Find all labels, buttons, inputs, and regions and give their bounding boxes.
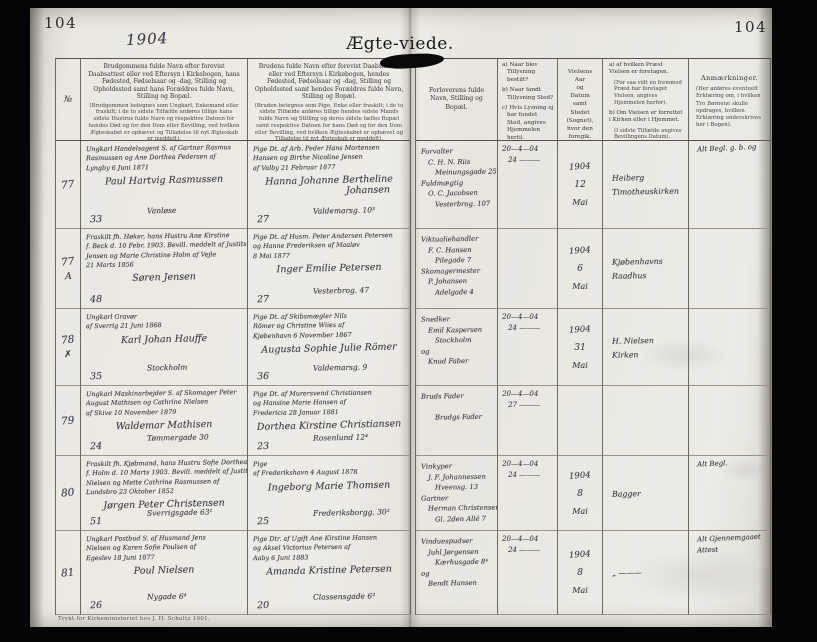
page-number-left: 104 bbox=[44, 14, 77, 32]
witness-cell: VinkyperJ. F. JohannessenHveensg. 13Gart… bbox=[416, 456, 498, 531]
row-number-cell: 77 bbox=[56, 141, 81, 229]
address-line: Nygade 6⁴ bbox=[147, 592, 187, 602]
column-header-bride: Brudens fulde Navn efter forevist Daabsa… bbox=[248, 59, 411, 141]
entry-line: Lyngby 6 Juni 1871 bbox=[86, 161, 247, 173]
age-number: 25 bbox=[257, 516, 269, 527]
header-text: b) Naar fandt Tillysning Sted? bbox=[507, 87, 554, 102]
header-text: Vielsens Aar og Datum samt Stedet (Sogne… bbox=[558, 59, 602, 141]
address-line: Sverrigsgade 63¹ bbox=[147, 507, 213, 517]
entry-line: af Valby 21 Februar 1877 bbox=[253, 161, 410, 172]
remark-line: Alt Begl. g. b. og bbox=[697, 142, 766, 155]
address-line: Valdemarsg. 10³ bbox=[313, 205, 375, 215]
person-name: Waldemar Mathisen bbox=[81, 418, 247, 433]
witness-cell: VinduespudserJuhl JørgensenKærhusgade 8⁴… bbox=[416, 531, 498, 615]
person-name: Paul Hartvig Rasmussen bbox=[81, 173, 247, 188]
address-line: Stockholm bbox=[147, 363, 187, 373]
row-number-mark: A bbox=[64, 270, 72, 281]
witness-cell: ForvalterC. H. N. RiisMeinungsgade 25Ful… bbox=[416, 141, 498, 229]
priest-line: Heiberg bbox=[612, 172, 688, 182]
witness-line: Bendt Hansen bbox=[428, 578, 497, 590]
entry-line: af Frederikshavn 4 August 1878 bbox=[253, 467, 410, 478]
groom-entry-cell: Fraskilt fh. Høker, hans Hustru Ane Kirs… bbox=[81, 229, 248, 309]
priest-line: „ ——— bbox=[612, 567, 688, 577]
banns-line: 24 ——— bbox=[508, 155, 557, 166]
wedding-month: Mai bbox=[572, 282, 588, 291]
person-name: Johansen bbox=[248, 184, 390, 198]
age-number: 27 bbox=[257, 294, 269, 305]
header-text: Anmærkninger. bbox=[689, 74, 770, 82]
person-name: Søren Jensen bbox=[81, 270, 247, 285]
remarks-cell: Alt Begl. g. b. og bbox=[689, 141, 771, 229]
remarks-cell: Alt GjennemgaaetAttest bbox=[689, 531, 771, 615]
priest-cell: H. NielsenKirken bbox=[603, 309, 689, 386]
bride-entry-cell: Pige Dt. af Arb. Peder Hans MortensenHan… bbox=[248, 141, 411, 229]
header-text: Brudgommens fulde Navn efter forevist Da… bbox=[86, 63, 242, 101]
remarks-cell: Alt Begl. bbox=[689, 456, 771, 531]
entry-line: Aaby 6 Juni 1883 bbox=[253, 551, 410, 562]
witness-line: Meinungsgade 25 bbox=[435, 167, 497, 179]
priest-cell: „ ——— bbox=[603, 531, 689, 615]
age-number: 48 bbox=[90, 294, 102, 305]
banns-line: 24 ——— bbox=[508, 545, 557, 556]
banns-cell: 20—4—0424 ——— bbox=[498, 456, 558, 531]
witness-line: Kærhusgade 8⁴ bbox=[435, 557, 497, 569]
entry-line: Lundsbro 23 Oktober 1852 bbox=[86, 486, 247, 498]
column-header-no: № bbox=[56, 59, 81, 141]
witness-line: Viktualiehandler bbox=[421, 233, 497, 245]
register-title: Ægte-viede. bbox=[310, 34, 490, 54]
wedding-month: Mai bbox=[572, 586, 588, 595]
banns-line: 27 ——— bbox=[508, 400, 557, 411]
address-line: Frederiksborgg. 30³ bbox=[313, 507, 390, 518]
column-header-priest: a) af hvilken Præst Vielsen er foretagen… bbox=[603, 59, 689, 141]
groom-entry-cell: Fraskilt fh. Kjøbmand, hans Hustru Sofie… bbox=[81, 456, 248, 531]
wedding-year: 1904 bbox=[569, 245, 591, 256]
scan-background: 104 104 1904 Ægte-viede. № Brudgommens f… bbox=[0, 0, 817, 642]
row-number-cell: 80 bbox=[56, 456, 81, 531]
person-name: Karl Johan Hauffe bbox=[81, 332, 247, 347]
banns-line: 24 ——— bbox=[508, 470, 557, 481]
age-number: 23 bbox=[257, 441, 269, 452]
witness-line: Vesterbrog. 107 bbox=[435, 198, 497, 210]
banns-cell: 20—4—0424 ——— bbox=[498, 309, 558, 386]
column-header-remarks: Anmærkninger. (Her anføres eventuelt Erk… bbox=[689, 59, 771, 141]
wedding-date-cell: 19046Mai bbox=[558, 229, 603, 309]
witness-line: Brudgs Fader bbox=[435, 411, 497, 423]
witness-line: Pilegade 7 bbox=[435, 255, 497, 267]
witness-line: P. Johansen bbox=[428, 276, 497, 288]
age-number: 33 bbox=[90, 214, 102, 225]
wedding-month: Mai bbox=[572, 198, 588, 207]
binding-shadow-left bbox=[30, 8, 44, 627]
age-number: 35 bbox=[90, 371, 102, 382]
no-symbol: № bbox=[64, 95, 73, 105]
witness-line: Stockholm bbox=[435, 335, 497, 347]
wedding-date-cell: 190431Mai bbox=[558, 309, 603, 386]
banns-cell bbox=[498, 229, 558, 309]
bride-entry-cell: Pige Dt. af Husm. Peter Andersen Peterse… bbox=[248, 229, 411, 309]
address-line: Vesterbrog. 47 bbox=[313, 285, 369, 295]
entry-line: Fredericia 28 Januar 1881 bbox=[253, 406, 410, 417]
priest-cell: Bagger bbox=[603, 456, 689, 531]
address-line: Valdemarsg. 9 bbox=[313, 362, 367, 372]
header-text: Forloverens fulde Navn, Stilling og Bopæ… bbox=[423, 87, 490, 112]
entry-line: Egeslev 18 Juni 1877 bbox=[86, 551, 247, 563]
column-header-groom: Brudgommens fulde Navn efter forevist Da… bbox=[81, 59, 248, 141]
priest-cell: KjøbenhavnsRaadhus bbox=[603, 229, 689, 309]
age-number: 24 bbox=[90, 441, 102, 452]
header-text: c) Hvis Lysning ej har fundet Sted, angi… bbox=[507, 105, 554, 141]
entry-line: Kjøbenhavn 6 November 1867 bbox=[253, 329, 410, 340]
remark-line: Attest bbox=[697, 542, 766, 555]
witness-cell: SnedkerEmil KaspersenStockholmogKnud Fab… bbox=[416, 309, 498, 386]
priest-line: Raadhus bbox=[612, 270, 688, 280]
bride-entry-cell: Pige Dt. af Skibsmægler NilsRömer og Chr… bbox=[248, 309, 411, 386]
groom-entry-cell: Ungkarl Handelsagent S. af Gartner Rasmu… bbox=[81, 141, 248, 229]
person-name: Augusta Sophie Julie Römer bbox=[248, 341, 410, 356]
wedding-day: 8 bbox=[577, 568, 583, 578]
header-text: a) af hvilken Præst Vielsen er foretagen… bbox=[609, 62, 684, 77]
header-note: (For saa vidt en fremmed Præst har foret… bbox=[614, 80, 684, 108]
witness-line: Herman Christensen bbox=[428, 503, 497, 515]
wedding-year: 1904 bbox=[569, 324, 591, 335]
address-line: Classensgade 6³ bbox=[313, 591, 375, 601]
person-name: Amanda Kristine Petersen bbox=[248, 563, 410, 578]
witness-line bbox=[428, 401, 497, 412]
marriage-table-right: Forloverens fulde Navn, Stilling og Bopæ… bbox=[415, 58, 771, 615]
register-spread: 104 104 1904 Ægte-viede. № Brudgommens f… bbox=[30, 8, 772, 627]
row-number: 77 bbox=[61, 178, 76, 191]
row-number-mark: ✗ bbox=[64, 349, 73, 361]
person-name: Ingeborg Marie Thomsen bbox=[248, 479, 410, 494]
bride-entry-cell: Pige Dtr. af Ugift Ane Kirstine Hansenog… bbox=[248, 531, 411, 615]
row-number-cell: 77A bbox=[56, 229, 81, 309]
witness-line: Knud Faber bbox=[428, 356, 497, 368]
person-name: Poul Nielsen bbox=[81, 563, 247, 578]
address-line: Vanløse bbox=[147, 206, 176, 216]
wedding-date-cell bbox=[558, 386, 603, 456]
priest-line: Kjøbenhavns bbox=[612, 256, 688, 266]
witness-line: Adelgade 4 bbox=[435, 286, 497, 298]
row-number-cell: 79 bbox=[56, 386, 81, 456]
header-text: Brudens fulde Navn efter forevist Daabsa… bbox=[253, 63, 405, 101]
groom-entry-cell: Ungkarl Gravøraf Sverrig 21 Juni 1868Kar… bbox=[81, 309, 248, 386]
banns-cell: 20—4—0424 ——— bbox=[498, 531, 558, 615]
address-line: Tømmergade 30 bbox=[147, 432, 209, 442]
person-name: Inger Emilie Petersen bbox=[248, 261, 410, 276]
row-number-cell: 81 bbox=[56, 531, 81, 615]
banns-line: 20—4—04 bbox=[502, 312, 557, 323]
witness-line: Vinduespudser bbox=[421, 535, 497, 547]
year-annotation: 1904 bbox=[126, 29, 169, 49]
printer-imprint: Trykt for Kirkeministeriet hos J. H. Sch… bbox=[58, 616, 210, 622]
witness-line: Hveensg. 13 bbox=[435, 482, 497, 494]
bride-entry-cell: Pige Dt. af Murersvend Christiansenog Ha… bbox=[248, 386, 411, 456]
entry-line: af Skive 10 November 1879 bbox=[86, 406, 247, 418]
wedding-date-cell: 19048Mai bbox=[558, 531, 603, 615]
witness-line: Gl. 2den Allé 7 bbox=[435, 513, 497, 525]
witness-line: Vinkyper bbox=[421, 460, 497, 472]
header-note: (Bruden betegnes som Pige, Enke eller fr… bbox=[254, 103, 404, 142]
row-number: 80 bbox=[61, 486, 76, 499]
priest-line: Kirken bbox=[612, 349, 688, 359]
banns-line: 20—4—04 bbox=[502, 389, 557, 400]
priest-line: H. Nielsen bbox=[612, 335, 688, 345]
banns-cell: 20—4—0424 ——— bbox=[498, 141, 558, 229]
remark-line: Alt Begl. bbox=[697, 457, 766, 470]
remarks-cell bbox=[689, 229, 771, 309]
wedding-date-cell: 190412Mai bbox=[558, 141, 603, 229]
witness-cell: ViktualiehandlerF. C. HansenPilegade 7Sk… bbox=[416, 229, 498, 309]
wedding-year: 1904 bbox=[569, 470, 591, 481]
banns-line: 20—4—04 bbox=[502, 534, 557, 545]
header-text: a) Naar blev Tillysning bestilt? bbox=[507, 62, 554, 84]
wedding-day: 6 bbox=[577, 264, 583, 274]
header-note: (Her anføres eventuelt Erklæring om, i h… bbox=[696, 86, 763, 130]
row-number: 81 bbox=[61, 566, 76, 579]
priest-line: Timotheuskirken bbox=[612, 186, 688, 196]
banns-cell: 20—4—0427 ——— bbox=[498, 386, 558, 456]
witness-line: Bruds Fader bbox=[421, 390, 497, 402]
priest-cell bbox=[603, 386, 689, 456]
column-header-witness: Forloverens fulde Navn, Stilling og Bopæ… bbox=[416, 59, 498, 141]
bride-entry-cell: Pigeaf Frederikshavn 4 August 1878Ingebo… bbox=[248, 456, 411, 531]
banns-line: 24 ——— bbox=[508, 323, 557, 334]
remarks-cell bbox=[689, 386, 771, 456]
wedding-date-cell: 19048Mai bbox=[558, 456, 603, 531]
column-header-banns: a) Naar blev Tillysning bestilt? b) Naar… bbox=[498, 59, 558, 141]
groom-entry-cell: Ungkarl Postbud S. af Husmand JensNielse… bbox=[81, 531, 248, 615]
witness-line: Snedker bbox=[421, 313, 497, 325]
wedding-month: Mai bbox=[572, 507, 588, 516]
banns-line: 20—4—04 bbox=[502, 459, 557, 470]
age-number: 20 bbox=[257, 600, 269, 611]
person-name: Dorthea Kirstine Christiansen bbox=[248, 418, 410, 433]
age-number: 27 bbox=[257, 214, 269, 225]
row-number: 77 bbox=[61, 255, 76, 268]
witness-cell: Bruds FaderBrudgs Fader bbox=[416, 386, 498, 456]
groom-entry-cell: Ungkarl Maskinarbejder S. af Skomager Pe… bbox=[81, 386, 248, 456]
wedding-day: 31 bbox=[574, 343, 585, 353]
age-number: 51 bbox=[90, 516, 102, 527]
priest-line: Bagger bbox=[612, 488, 688, 498]
witness-line: Forvalter bbox=[421, 145, 497, 157]
banns-line: 20—4—04 bbox=[502, 144, 557, 155]
header-note: (Brudgommen betegnes som Ungkarl, Enkema… bbox=[87, 103, 241, 142]
wedding-year: 1904 bbox=[569, 549, 591, 560]
address-line: Rosenlund 12⁴ bbox=[313, 432, 368, 442]
header-note: (I sidste Tilfælde angives Bevillingens … bbox=[614, 128, 684, 141]
wedding-day: 8 bbox=[577, 489, 583, 499]
remarks-cell bbox=[689, 309, 771, 386]
row-number: 79 bbox=[61, 414, 76, 427]
wedding-month: Mai bbox=[572, 361, 588, 370]
age-number: 36 bbox=[257, 371, 269, 382]
entry-line: 21 Marts 1856 bbox=[86, 259, 247, 271]
age-number: 26 bbox=[90, 600, 102, 611]
wedding-year: 1904 bbox=[569, 161, 591, 172]
page-number-right: 104 bbox=[734, 18, 767, 36]
entry-line: af Sverrig 21 Juni 1868 bbox=[86, 320, 247, 332]
row-number-cell: 78✗ bbox=[56, 309, 81, 386]
priest-cell: HeibergTimotheuskirken bbox=[603, 141, 689, 229]
marriage-table-left: № Brudgommens fulde Navn efter forevist … bbox=[55, 58, 411, 615]
header-text: b) Om Vielsen er forrettet i Kirken elle… bbox=[609, 110, 684, 125]
column-header-wedding-date: Vielsens Aar og Datum samt Stedet (Sogne… bbox=[558, 59, 603, 141]
wedding-day: 12 bbox=[574, 180, 585, 190]
entry-line: 8 Mai 1877 bbox=[253, 249, 410, 260]
witness-line: O. C. Jacobsen bbox=[428, 188, 497, 200]
row-number: 78 bbox=[61, 333, 76, 346]
